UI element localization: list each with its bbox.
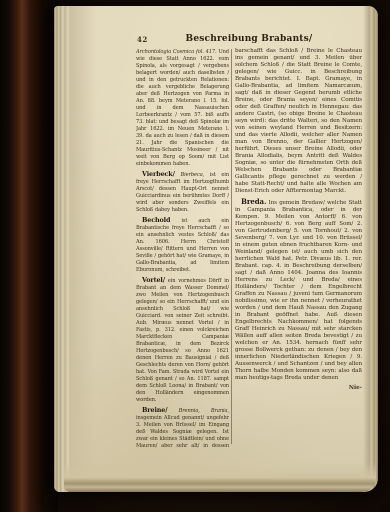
gutter-page-edges bbox=[54, 6, 96, 492]
paragraph-lead: Breine/ bbox=[142, 406, 167, 414]
paragraph-text: ist auch ein Brabantische freye Herrscha… bbox=[136, 218, 229, 273]
paragraph-text: Und wie diese Statt Anno 1622. vom Spino… bbox=[136, 49, 229, 167]
bottom-page-stack bbox=[64, 462, 376, 492]
fore-edge-page-stack bbox=[363, 6, 378, 492]
paragraph-lead: Bechold bbox=[142, 216, 170, 224]
paragraph-lead: Vortel/ bbox=[142, 276, 165, 284]
paragraph-lead: Breda. bbox=[241, 197, 266, 206]
paragraph: Breine/ Brennia, Brania, insgemein Allcu… bbox=[136, 407, 229, 450]
text-block: 42 Beschreibung Brabants/ Archontologia … bbox=[136, 34, 362, 450]
paragraph-text: insgemein Allcud genannt/ ungefehr 3. Me… bbox=[136, 415, 229, 450]
paragraph: Vierbeck/ Bierbeca, ist ein freye Herrsc… bbox=[136, 171, 229, 214]
paragraph-text: barschafft das Schloß / Breine le Chaste… bbox=[235, 48, 362, 194]
paragraph-text: ist ein freye Herrschafft im Hertzogthum… bbox=[136, 172, 229, 213]
book-spine bbox=[0, 0, 58, 512]
page-header: 42 Beschreibung Brabants/ bbox=[136, 34, 362, 47]
paragraph: barschafft das Schloß / Breine le Chaste… bbox=[235, 48, 362, 195]
book-photo: 42 Beschreibung Brabants/ Archontologia … bbox=[0, 0, 390, 512]
latin-phrase: Brennia, Brania, bbox=[179, 408, 229, 414]
page-title: Beschreibung Brabants/ bbox=[136, 34, 362, 44]
paragraph: Archontologia Cosmica fol. 417. Und wie … bbox=[136, 48, 229, 168]
book-page: 42 Beschreibung Brabants/ Archontologia … bbox=[54, 6, 378, 492]
paragraph-lead: Vierbeck/ bbox=[142, 170, 175, 178]
paragraph: Vortel/ ein vornehmes Dörff in Brabant a… bbox=[136, 277, 229, 404]
paragraph: Breda. Ins gemein Bredaw/ welche Statt i… bbox=[235, 198, 362, 382]
latin-phrase: Bierbeca, bbox=[180, 172, 204, 178]
latin-phrase: Archontologia Cosmica fol. 417. bbox=[136, 49, 217, 55]
paragraph-text: Ins gemein Bredaw/ welche Statt in Campa… bbox=[235, 200, 362, 381]
right-column: barschafft das Schloß / Breine le Chaste… bbox=[235, 48, 362, 450]
paragraph: Bechold ist auch ein Brabantische freye … bbox=[136, 217, 229, 274]
left-column: Archontologia Cosmica fol. 417. Und wie … bbox=[136, 48, 229, 450]
paragraph-text: ein vornehmes Dörff in Brabant an dem Wa… bbox=[136, 278, 229, 403]
column-rule bbox=[231, 49, 232, 444]
catchword: Nie- bbox=[235, 385, 362, 392]
columns: Archontologia Cosmica fol. 417. Und wie … bbox=[136, 48, 362, 450]
